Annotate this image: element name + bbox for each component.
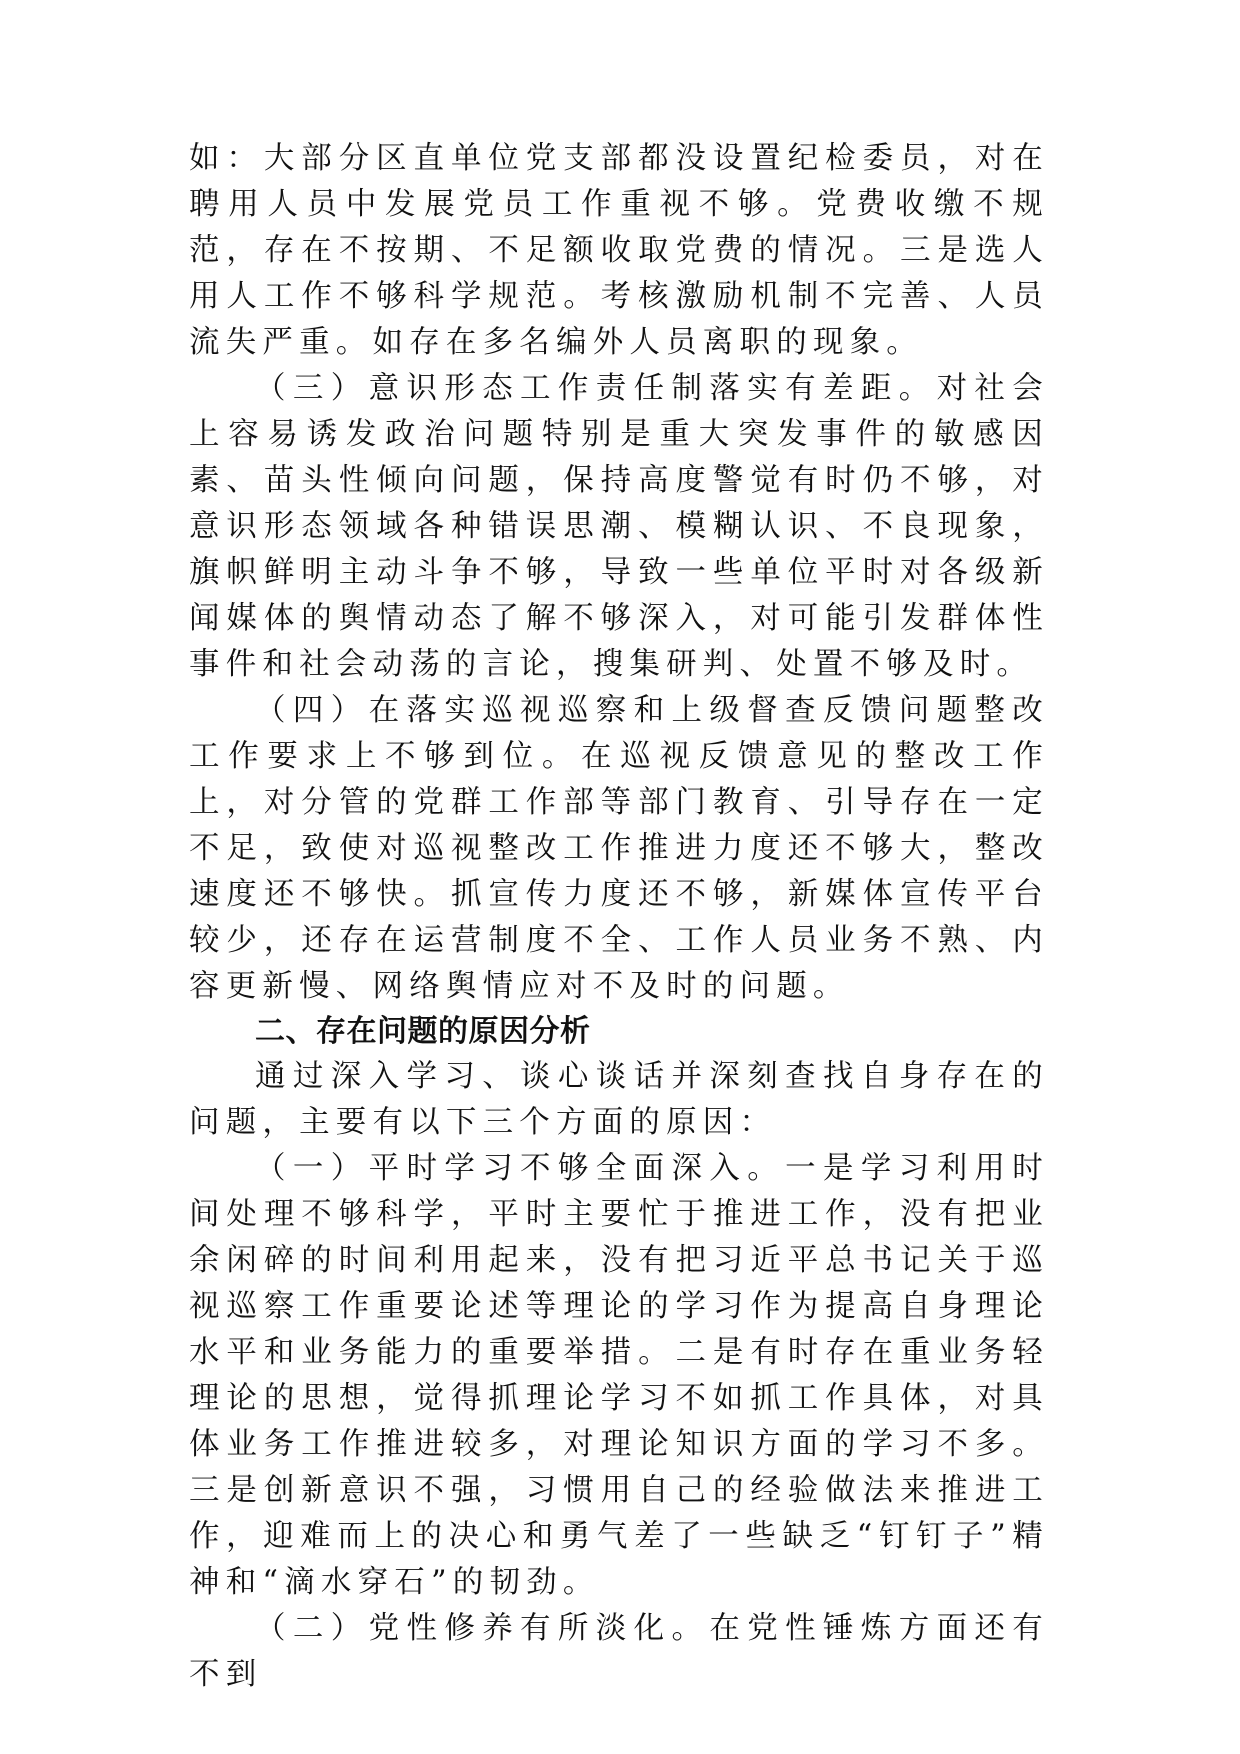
paragraph-party-spirit: （二）党性修养有所淡化。在党性锤炼方面还有不到 — [189, 1606, 1049, 1698]
document-page: 如：大部分区直单位党支部都没设置纪检委员，对在聘用人员中发展党员工作重视不够。党… — [189, 136, 1049, 1698]
section-heading-cause-analysis: 二、存在问题的原因分析 — [189, 1010, 1049, 1054]
paragraph-inspection-rectification: （四）在落实巡视巡察和上级督查反馈问题整改工作要求上不够到位。在巡视反馈意见的整… — [189, 688, 1049, 1010]
paragraph-party-branch-issues: 如：大部分区直单位党支部都没设置纪检委员，对在聘用人员中发展党员工作重视不够。党… — [189, 136, 1049, 366]
paragraph-ideology-responsibility: （三）意识形态工作责任制落实有差距。对社会上容易诱发政治问题特别是重大突发事件的… — [189, 366, 1049, 688]
paragraph-cause-intro: 通过深入学习、谈心谈话并深刻查找自身存在的问题，主要有以下三个方面的原因： — [189, 1054, 1049, 1146]
paragraph-study-insufficient: （一）平时学习不够全面深入。一是学习利用时间处理不够科学，平时主要忙于推进工作，… — [189, 1146, 1049, 1606]
